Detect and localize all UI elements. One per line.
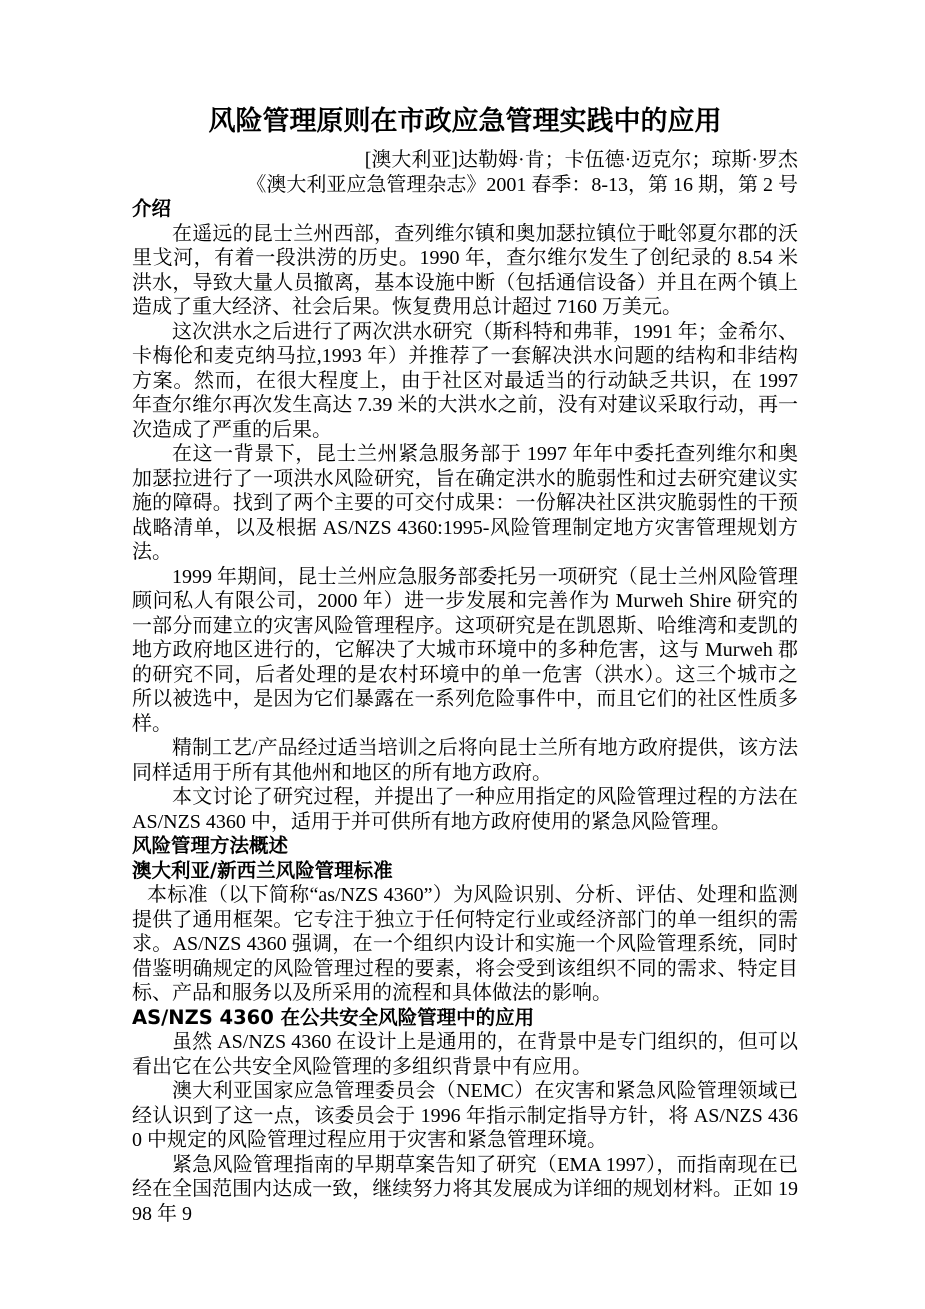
paragraph-flood-risk-study: 在这一背景下，昆士兰州紧急服务部于 1997 年年中委托查列维尔和奥加瑟拉进行了… bbox=[132, 442, 798, 565]
section-heading-anz-standard: 澳大利亚/新西兰风险管理标准 bbox=[132, 859, 798, 884]
document-title: 风险管理原则在市政应急管理实践中的应用 bbox=[132, 104, 798, 140]
paragraph-1999-study: 1999 年期间，昆士兰州应急服务部委托另一项研究（昆士兰州风险管理顾问私人有限… bbox=[132, 565, 798, 737]
paragraph-refined-process: 精制工艺/产品经过适当培训之后将向昆士兰所有地方政府提供，该方法同样适用于所有其… bbox=[132, 736, 798, 785]
paragraph-generic-design: 虽然 AS/NZS 4360 在设计上是通用的，在背景中是专门组织的，但可以看出… bbox=[132, 1030, 798, 1079]
section-heading-method-overview: 风险管理方法概述 bbox=[132, 834, 798, 859]
paragraph-emergency-guidelines: 紧急风险管理指南的早期草案告知了研究（EMA 1997），而指南现在已经在全国范… bbox=[132, 1153, 798, 1227]
paragraph-flood-history: 在遥远的昆士兰州西部，查列维尔镇和奥加瑟拉镇位于毗邻夏尔郡的沃里戈河，有着一段洪… bbox=[132, 222, 798, 320]
section-heading-introduction: 介绍 bbox=[132, 197, 798, 222]
document-page: 风险管理原则在市政应急管理实践中的应用 [澳大利亚]达勒姆·肯；卡伍德·迈克尔；… bbox=[0, 0, 925, 1309]
source-line: 《澳大利亚应急管理杂志》2001 春季：8-13，第 16 期，第 2 号 bbox=[132, 173, 798, 198]
section-heading-public-safety-application: AS/NZS 4360 在公共安全风险管理中的应用 bbox=[132, 1006, 798, 1031]
paragraph-flood-studies: 这次洪水之后进行了两次洪水研究（斯科特和弗菲，1991 年；金希尔、卡梅伦和麦克… bbox=[132, 320, 798, 443]
byline: [澳大利亚]达勒姆·肯；卡伍德·迈克尔；琼斯·罗杰 bbox=[132, 148, 798, 173]
paragraph-article-scope: 本文讨论了研究过程，并提出了一种应用指定的风险管理过程的方法在 AS/NZS 4… bbox=[132, 785, 798, 834]
paragraph-nemc: 澳大利亚国家应急管理委员会（NEMC）在灾害和紧急风险管理领域已经认识到了这一点… bbox=[132, 1079, 798, 1153]
paragraph-standard-description: 本标准（以下简称“as/NZS 4360”）为风险识别、分析、评估、处理和监测提… bbox=[132, 883, 798, 1006]
